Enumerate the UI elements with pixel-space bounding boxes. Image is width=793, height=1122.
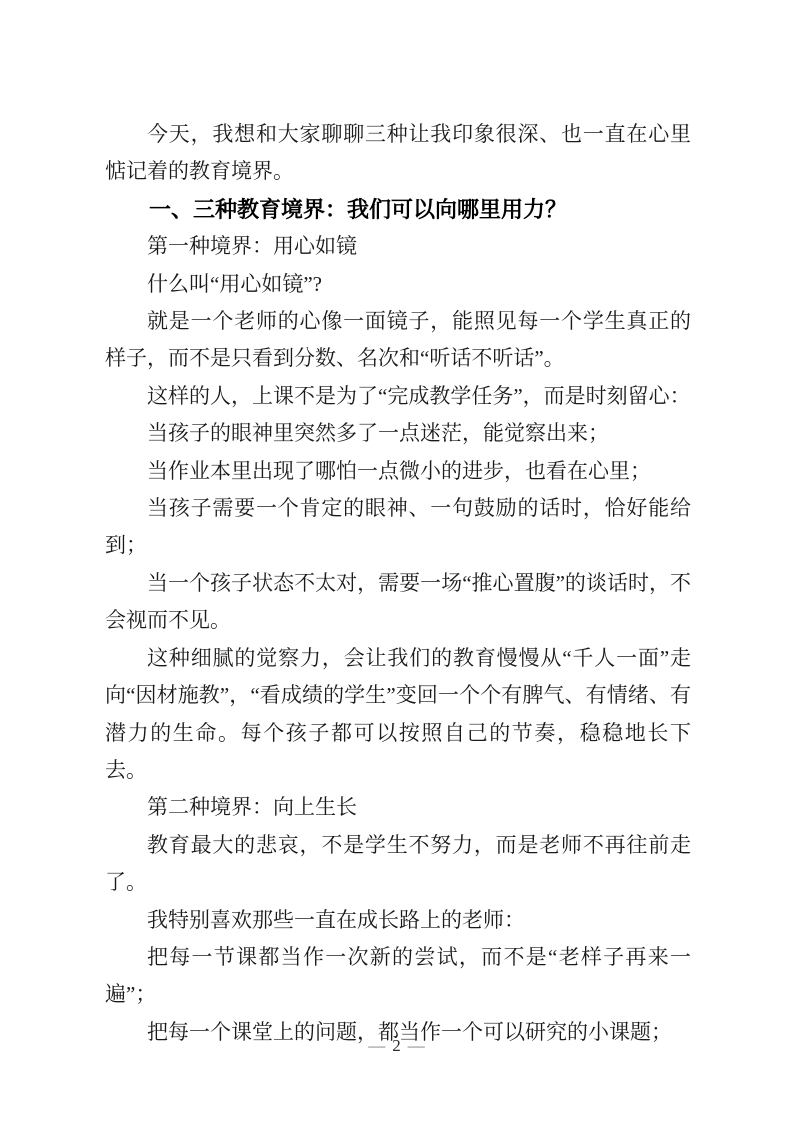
realm-2-subheading: 第二种境界：向上生长 <box>105 789 691 826</box>
paragraph: 这样的人，上课不是为了“完成教学任务”，而是时刻留心： <box>105 378 691 415</box>
paragraph: 当孩子的眼神里突然多了一点迷茫，能觉察出来； <box>105 415 691 452</box>
paragraph: 把每一节课都当作一次新的尝试，而不是“老样子再来一遍”； <box>105 939 691 1014</box>
paragraph: 当作业本里出现了哪怕一点微小的进步，也看在心里； <box>105 453 691 490</box>
realm-1-subheading: 第一种境界：用心如镜 <box>105 228 691 265</box>
paragraph: 教育最大的悲哀，不是学生不努力，而是老师不再往前走了。 <box>105 827 691 902</box>
document-page: 今天，我想和大家聊聊三种让我印象很深、也一直在心里惦记着的教育境界。 一、三种教… <box>0 0 793 1122</box>
paragraph: 我特别喜欢那些一直在成长路上的老师： <box>105 902 691 939</box>
section-heading: 一、三种教育境界：我们可以向哪里用力？ <box>105 191 691 228</box>
footer-left-dash: — <box>361 1036 392 1055</box>
paragraph: 当一个孩子状态不太对，需要一场“推心置腹”的谈话时，不会视而不见。 <box>105 565 691 640</box>
page-number: 2 <box>392 1036 401 1055</box>
paragraph: 这种细腻的觉察力，会让我们的教育慢慢从“千人一面”走向“因材施教”，“看成绩的学… <box>105 640 691 790</box>
intro-paragraph: 今天，我想和大家聊聊三种让我印象很深、也一直在心里惦记着的教育境界。 <box>105 116 691 191</box>
footer-right-dash: — <box>401 1036 432 1055</box>
page-number-footer: —2— <box>0 1034 793 1058</box>
paragraph: 什么叫“用心如镜”? <box>105 266 691 303</box>
paragraph: 当孩子需要一个肯定的眼神、一句鼓励的话时，恰好能给到； <box>105 490 691 565</box>
paragraph: 就是一个老师的心像一面镜子，能照见每一个学生真正的样子，而不是只看到分数、名次和… <box>105 303 691 378</box>
document-body: 今天，我想和大家聊聊三种让我印象很深、也一直在心里惦记着的教育境界。 一、三种教… <box>105 116 691 1051</box>
